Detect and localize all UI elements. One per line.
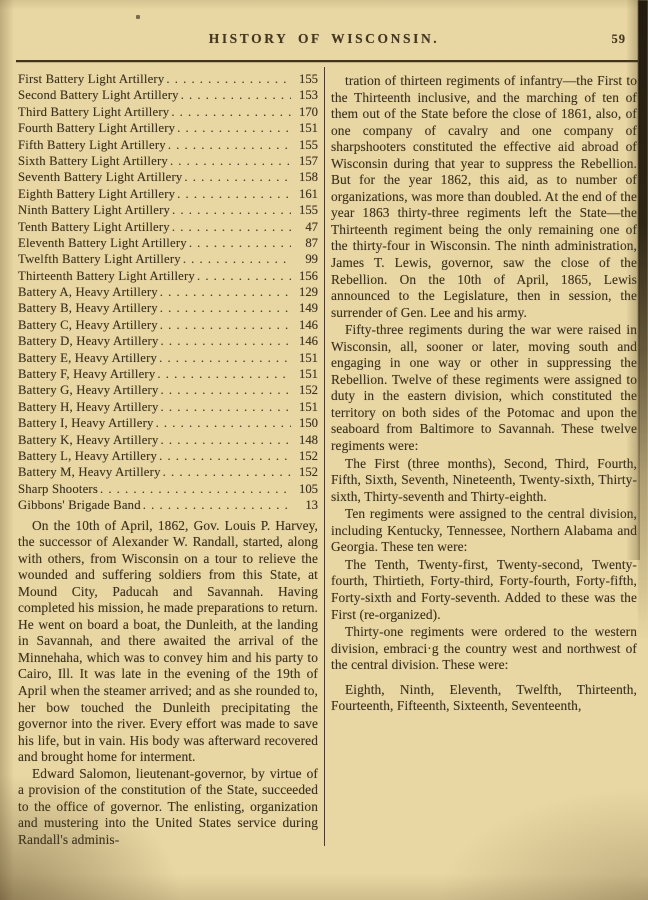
index-entry-page: 170 xyxy=(294,105,318,120)
index-row: Fifth Battery Light Artillery 155 xyxy=(18,138,318,154)
dot-leader xyxy=(168,138,291,153)
index-entry-label: Seventh Battery Light Artillery xyxy=(18,170,182,185)
scan-speck-artifact xyxy=(136,15,140,19)
index-entry-label: Eleventh Battery Light Artillery xyxy=(18,236,187,251)
index-entry-page: 129 xyxy=(294,285,318,300)
index-row: Battery D, Heavy Artillery 146 xyxy=(18,334,318,350)
dot-leader xyxy=(161,433,292,448)
dot-leader xyxy=(181,88,291,103)
index-entry-label: Battery L, Heavy Artillery xyxy=(18,449,157,464)
body-paragraph: The Tenth, Twenty-first, Twenty-second, … xyxy=(331,557,637,623)
index-entry-page: 157 xyxy=(294,154,318,169)
dot-leader xyxy=(184,170,291,185)
dot-leader xyxy=(183,252,291,267)
book-page: HISTORY OF WISCONSIN. 59 First Battery L… xyxy=(0,0,648,900)
dot-leader xyxy=(172,220,291,235)
dot-leader xyxy=(161,400,292,415)
body-paragraph: Thirty-one regiments were ordered to the… xyxy=(331,624,637,674)
index-entry-label: Battery F, Heavy Artillery xyxy=(18,367,155,382)
dot-leader xyxy=(160,285,291,300)
index-entry-page: 150 xyxy=(294,416,318,431)
body-paragraph: Ten regiments were assigned to the centr… xyxy=(331,506,637,556)
index-entry-label: Fifth Battery Light Artillery xyxy=(18,138,166,153)
index-entry-label: Fourth Battery Light Artillery xyxy=(18,121,175,136)
index-row: Battery H, Heavy Artillery 151 xyxy=(18,400,318,416)
dot-leader xyxy=(177,187,291,202)
index-entry-page: 151 xyxy=(294,367,318,382)
dot-leader xyxy=(197,269,291,284)
index-row: Ninth Battery Light Artillery 155 xyxy=(18,203,318,219)
body-paragraph: Eighth, Ninth, Eleventh, Twelfth, Thirte… xyxy=(331,682,637,715)
index-entry-page: 146 xyxy=(294,318,318,333)
dot-leader xyxy=(100,482,291,497)
index-entry-label: Ninth Battery Light Artillery xyxy=(18,203,170,218)
index-row: Sixth Battery Light Artillery 157 xyxy=(18,154,318,170)
index-entry-label: Battery K, Heavy Artillery xyxy=(18,433,159,448)
index-entry-page: 155 xyxy=(294,203,318,218)
index-entry-page: 152 xyxy=(294,383,318,398)
index-entry-label: Second Battery Light Artillery xyxy=(18,88,179,103)
battery-index-list: First Battery Light Artillery 155 Second… xyxy=(18,66,318,515)
column-divider xyxy=(324,67,325,846)
index-entry-label: Battery I, Heavy Artillery xyxy=(18,416,154,431)
index-entry-page: 155 xyxy=(294,72,318,87)
right-column: tration of thirteen regiments of infantr… xyxy=(331,66,637,900)
dot-leader xyxy=(170,154,291,169)
index-row: Battery L, Heavy Artillery 152 xyxy=(18,449,318,465)
index-entry-page: 148 xyxy=(294,433,318,448)
index-entry-label: First Battery Light Artillery xyxy=(18,72,164,87)
index-entry-label: Battery D, Heavy Artillery xyxy=(18,334,159,349)
book-edge-dark-strip xyxy=(638,0,648,640)
index-row: Battery C, Heavy Artillery 146 xyxy=(18,318,318,334)
page-number: 59 xyxy=(612,32,627,47)
index-entry-page: 105 xyxy=(294,482,318,497)
index-row: Eighth Battery Light Artillery 161 xyxy=(18,187,318,203)
body-paragraph: tration of thirteen regiments of infantr… xyxy=(331,73,637,321)
index-row: Thirteenth Battery Light Artillery 156 xyxy=(18,269,318,285)
index-row: Battery M, Heavy Artillery 152 xyxy=(18,465,318,481)
index-entry-page: 151 xyxy=(294,351,318,366)
index-entry-label: Eighth Battery Light Artillery xyxy=(18,187,175,202)
dot-leader xyxy=(160,301,291,316)
dot-leader xyxy=(161,383,292,398)
index-entry-label: Battery E, Heavy Artillery xyxy=(18,351,157,366)
index-row: Gibbons' Brigade Band 13 xyxy=(18,498,318,514)
index-entry-label: Battery H, Heavy Artillery xyxy=(18,400,159,415)
index-row: Battery B, Heavy Artillery 149 xyxy=(18,301,318,317)
index-entry-label: Battery G, Heavy Artillery xyxy=(18,383,159,398)
dot-leader xyxy=(143,498,291,513)
index-entry-page: 161 xyxy=(294,187,318,202)
index-entry-label: Battery M, Heavy Artillery xyxy=(18,465,161,480)
index-entry-label: Sharp Shooters xyxy=(18,482,98,497)
index-row: First Battery Light Artillery 155 xyxy=(18,72,318,88)
index-entry-page: 149 xyxy=(294,301,318,316)
index-entry-page: 158 xyxy=(294,170,318,185)
dot-leader xyxy=(159,351,291,366)
left-column: First Battery Light Artillery 155 Second… xyxy=(18,66,318,900)
index-entry-label: Thirteenth Battery Light Artillery xyxy=(18,269,195,284)
running-title: HISTORY OF WISCONSIN. xyxy=(0,31,648,47)
index-entry-page: 151 xyxy=(294,121,318,136)
index-row: Battery E, Heavy Artillery 151 xyxy=(18,351,318,367)
index-row: Eleventh Battery Light Artillery 87 xyxy=(18,236,318,252)
index-row: Battery K, Heavy Artillery 148 xyxy=(18,433,318,449)
index-entry-label: Twelfth Battery Light Artillery xyxy=(18,252,181,267)
dot-leader xyxy=(166,72,291,87)
index-entry-page: 152 xyxy=(294,449,318,464)
dot-leader xyxy=(159,449,291,464)
index-entry-label: Third Battery Light Artillery xyxy=(18,105,169,120)
page-header: HISTORY OF WISCONSIN. 59 xyxy=(0,31,648,51)
index-entry-page: 99 xyxy=(294,252,318,267)
text-columns: First Battery Light Artillery 155 Second… xyxy=(18,66,637,900)
dot-leader xyxy=(172,203,291,218)
index-entry-page: 155 xyxy=(294,138,318,153)
dot-leader xyxy=(156,416,291,431)
index-entry-page: 153 xyxy=(294,88,318,103)
index-row: Battery G, Heavy Artillery 152 xyxy=(18,383,318,399)
index-entry-page: 152 xyxy=(294,465,318,480)
index-entry-label: Battery C, Heavy Artillery xyxy=(18,318,158,333)
body-paragraph: Fifty-three regiments during the war wer… xyxy=(331,322,637,454)
body-paragraph: The First (three months), Second, Third,… xyxy=(331,456,637,506)
header-rule xyxy=(16,60,638,62)
left-column-paragraphs: On the 10th of April, 1862, Gov. Louis P… xyxy=(18,518,318,849)
dot-leader xyxy=(160,318,291,333)
index-entry-page: 151 xyxy=(294,400,318,415)
index-entry-label: Gibbons' Brigade Band xyxy=(18,498,141,513)
body-paragraph: On the 10th of April, 1862, Gov. Louis P… xyxy=(18,518,318,766)
index-row: Seventh Battery Light Artillery 158 xyxy=(18,170,318,186)
dot-leader xyxy=(157,367,291,382)
index-row: Battery F, Heavy Artillery 151 xyxy=(18,367,318,383)
index-row: Sharp Shooters 105 xyxy=(18,482,318,498)
dot-leader xyxy=(163,465,291,480)
body-paragraph: Edward Salomon, lieutenant-governor, by … xyxy=(18,766,318,849)
index-row: Tenth Battery Light Artillery 47 xyxy=(18,220,318,236)
dot-leader xyxy=(171,105,291,120)
index-row: Third Battery Light Artillery 170 xyxy=(18,105,318,121)
index-row: Fourth Battery Light Artillery 151 xyxy=(18,121,318,137)
dot-leader xyxy=(177,121,291,136)
dot-leader xyxy=(189,236,291,251)
index-entry-page: 156 xyxy=(294,269,318,284)
index-entry-label: Tenth Battery Light Artillery xyxy=(18,220,170,235)
index-row: Battery I, Heavy Artillery 150 xyxy=(18,416,318,432)
index-row: Twelfth Battery Light Artillery 99 xyxy=(18,252,318,268)
index-entry-label: Battery B, Heavy Artillery xyxy=(18,301,158,316)
index-entry-label: Battery A, Heavy Artillery xyxy=(18,285,158,300)
right-column-paragraphs: tration of thirteen regiments of infantr… xyxy=(331,73,637,715)
index-entry-page: 47 xyxy=(294,220,318,235)
index-entry-page: 146 xyxy=(294,334,318,349)
index-row: Battery A, Heavy Artillery 129 xyxy=(18,285,318,301)
index-entry-page: 87 xyxy=(294,236,318,251)
index-entry-label: Sixth Battery Light Artillery xyxy=(18,154,168,169)
dot-leader xyxy=(161,334,292,349)
index-row: Second Battery Light Artillery 153 xyxy=(18,88,318,104)
index-entry-page: 13 xyxy=(294,498,318,513)
